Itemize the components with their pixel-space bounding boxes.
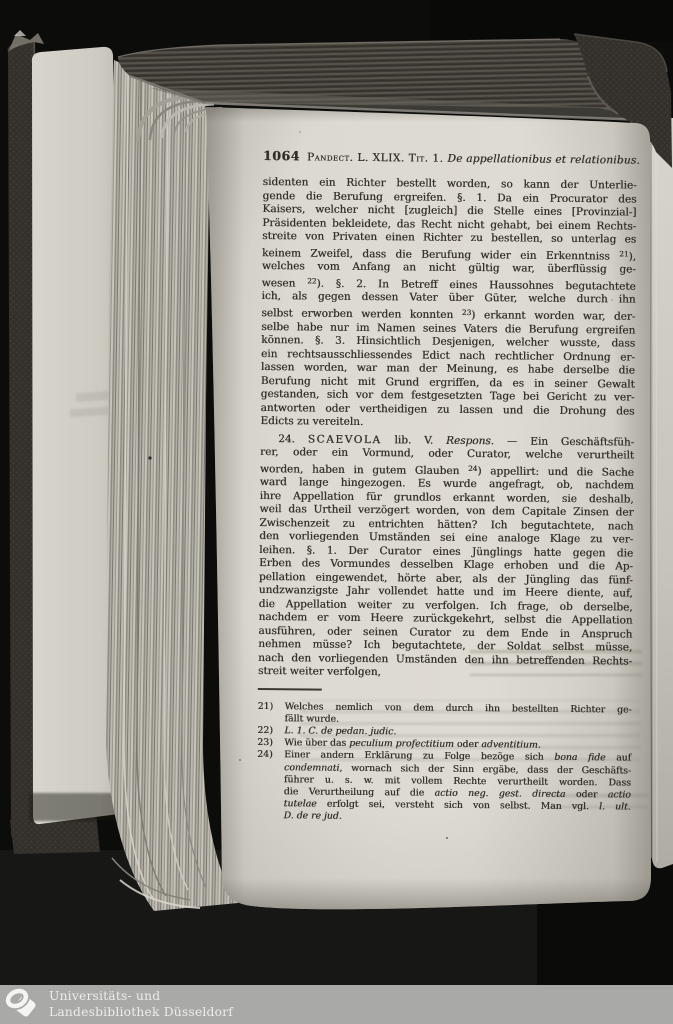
paragraph: 24. SCAEVOLA lib. V. Respons. — Ein Gesc…: [258, 433, 634, 683]
footnote: 21)Welches nemlich von dem durch ihn bes…: [257, 701, 631, 729]
watermark-text: Universitäts- und Landesbibliothek Düsse…: [49, 989, 233, 1020]
footnote: 24)Einer andern Erklärung zu Folge bezög…: [257, 749, 632, 826]
running-title: Pandect. L. XLIX. Tit. 1.: [307, 151, 444, 164]
paragraph: sidenten ein Richter bestellt worden, so…: [260, 176, 636, 432]
library-logo-icon: [4, 987, 42, 1023]
page-content: 1064 Pandect. L. XLIX. Tit. 1. De appell…: [257, 148, 637, 826]
chapter-title: De appellationibus et relationibus.: [447, 153, 640, 167]
footnote-number: 22): [257, 725, 273, 737]
watermark-line1: Universitäts- und: [49, 989, 233, 1005]
next-page-edge: [650, 118, 673, 868]
footnote-separator: [258, 688, 322, 691]
footnote-number: 21): [258, 701, 274, 713]
footnote-number: 23): [257, 737, 273, 749]
watermark-bar: Universitäts- und Landesbibliothek Düsse…: [0, 985, 673, 1024]
photo-canvas: 1064 Pandect. L. XLIX. Tit. 1. De appell…: [0, 0, 673, 1024]
footnotes: 21)Welches nemlich von dem durch ihn bes…: [257, 701, 632, 826]
watermark-line2: Landesbibliothek Düsseldorf: [49, 1005, 233, 1021]
page-header: 1064 Pandect. L. XLIX. Tit. 1. De appell…: [263, 148, 637, 167]
footnote-number: 24): [257, 749, 273, 761]
page-number: 1064: [263, 148, 300, 163]
body-text: sidenten ein Richter bestellt worden, so…: [258, 176, 637, 682]
